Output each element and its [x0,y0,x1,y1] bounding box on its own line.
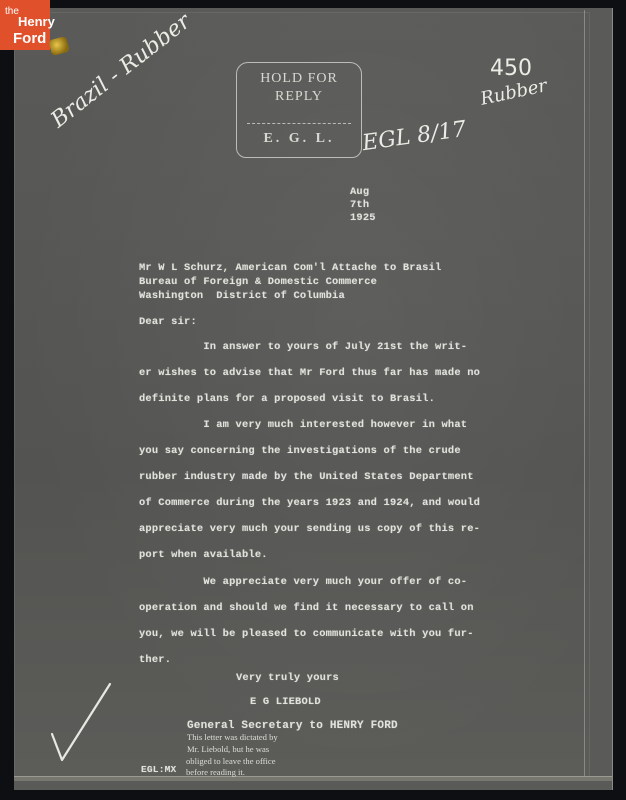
body-line: rubber industry made by the United State… [139,471,474,483]
body-line: I am very much interested however in wha… [139,419,467,431]
body-line: of Commerce during the years 1923 and 19… [139,497,480,509]
logo-ford: Ford [13,31,46,46]
body-line: you, we will be pleased to communicate w… [139,628,474,640]
salutation: Dear sir: [139,316,197,328]
handwritten-450: 450 [490,56,532,81]
stamped-note-line: before reading it. [186,766,245,778]
stamped-note-line: This letter was dictated by [187,731,278,743]
body-line: ther. [139,654,171,666]
sheet-edge-line [584,10,585,780]
address-line: Mr W L Schurz, American Com'l Attache to… [139,262,441,274]
stamp-divider [247,123,351,124]
handwritten-checkmark-icon [48,680,118,770]
body-line: you say concerning the investigations of… [139,445,461,457]
stamp-line1: HOLD FOR [237,71,361,87]
logo-the: the [5,7,19,17]
stamp-initials: E. G. L. [237,131,361,147]
signer-name: E G LIEBOLD [250,696,321,708]
address-line: Bureau of Foreign & Domestic Commerce [139,276,377,288]
sheet-bottom-edge [14,776,612,781]
reference-initials: EGL:MX [141,764,176,775]
body-line: In answer to yours of July 21st the writ… [139,341,467,353]
body-line: definite plans for a proposed visit to B… [139,393,435,405]
body-line: operation and should we find it necessar… [139,602,474,614]
closing: Very truly yours [236,672,339,684]
henry-ford-logo[interactable]: the Henry Ford [0,0,50,50]
hold-for-reply-stamp: HOLD FOR REPLY E. G. L. [236,62,362,158]
body-line: er wishes to advise that Mr Ford thus fa… [139,367,480,379]
body-line: port when available. [139,549,268,561]
body-line: We appreciate very much your offer of co… [139,576,467,588]
stamp-line2: REPLY [237,89,361,105]
letter-date-day: 7th [350,199,369,211]
stamped-note-line: Mr. Liebold, but he was [187,743,269,755]
letter-date-month: Aug [350,186,369,198]
letter-date-year: 1925 [350,212,376,224]
body-line: appreciate very much your sending us cop… [139,523,480,535]
logo-henry: Henry [18,15,55,28]
address-line: Washington District of Columbia [139,290,345,302]
